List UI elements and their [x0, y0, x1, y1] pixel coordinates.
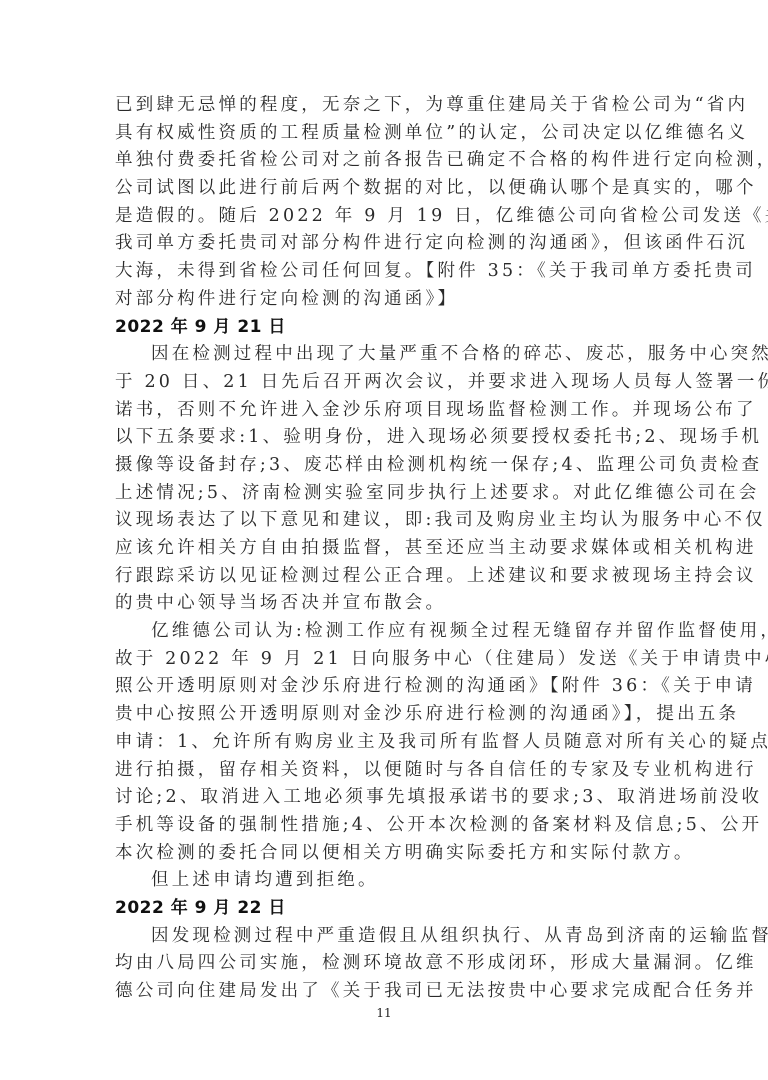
text-line: 应该允许相关方自由拍摄监督，甚至还应当主动要求媒体或相关机构进: [115, 535, 657, 563]
date-heading: 2022 年 9 月 21 日: [115, 314, 657, 342]
text-line: 本次检测的委托合同以便相关方明确实际委托方和实际付款方。: [115, 840, 657, 868]
text-line: 上述情况;5、济南检测实验室同步执行上述要求。对此亿维德公司在会: [115, 480, 657, 508]
text-line: 贵中心按照公开透明原则对金沙乐府进行检测的沟通函》】，提出五条: [115, 701, 657, 729]
text-line: 已到肆无忌惮的程度，无奈之下，为尊重住建局关于省检公司为“省内: [115, 92, 657, 120]
text-line: 讨论;2、取消进入工地必须事先填报承诺书的要求;3、取消进场前没收: [115, 784, 657, 812]
text-line: 公司试图以此进行前后两个数据的对比，以便确认哪个是真实的，哪个: [115, 175, 657, 203]
document-page: 已到肆无忌惮的程度，无奈之下，为尊重住建局关于省检公司为“省内 具有权威性资质的…: [0, 0, 768, 1080]
text-line: 是造假的。随后 2022 年 9 月 19 日，亿维德公司向省检公司发送《关于: [115, 203, 657, 231]
text-line: 亿维德公司认为:检测工作应有视频全过程无缝留存并留作监督使用，: [115, 618, 657, 646]
text-line: 对部分构件进行定向检测的沟通函》】: [115, 286, 657, 314]
text-line: 德公司向住建局发出了《关于我司已无法按贵中心要求完成配合任务并: [115, 978, 657, 1006]
text-line: 以下五条要求:1、验明身份，进入现场必须要授权委托书;2、现场手机: [115, 424, 657, 452]
text-line: 大海，未得到省检公司任何回复。【附件 35：《关于我司单方委托贵司: [115, 258, 657, 286]
text-line: 进行拍摄，留存相关资料，以便随时与各自信任的专家及专业机构进行: [115, 757, 657, 785]
text-line: 单独付费委托省检公司对之前各报告已确定不合格的构件进行定向检测，: [115, 147, 657, 175]
text-line: 均由八局四公司实施，检测环境故意不形成闭环，形成大量漏洞。亿维: [115, 950, 657, 978]
text-line: 因在检测过程中出现了大量严重不合格的碎芯、废芯，服务中心突然: [115, 341, 657, 369]
text-line: 摄像等设备封存;3、废芯样由检测机构统一保存;4、监理公司负责检查: [115, 452, 657, 480]
text-line: 手机等设备的强制性措施;4、公开本次检测的备案材料及信息;5、公开: [115, 812, 657, 840]
paragraph: 亿维德公司认为:检测工作应有视频全过程无缝留存并留作监督使用， 故于 2022 …: [115, 618, 657, 867]
text-line: 但上述申请均遭到拒绝。: [115, 867, 657, 895]
text-line: 故于 2022 年 9 月 21 日向服务中心（住建局）发送《关于申请贵中心按: [115, 646, 657, 674]
text-line: 因发现检测过程中严重造假且从组织执行、从青岛到济南的运输监督: [115, 923, 657, 951]
paragraph-continued: 已到肆无忌惮的程度，无奈之下，为尊重住建局关于省检公司为“省内 具有权威性资质的…: [115, 92, 657, 314]
document-body: 已到肆无忌惮的程度，无奈之下，为尊重住建局关于省检公司为“省内 具有权威性资质的…: [115, 92, 657, 1006]
text-line: 的贵中心领导当场否决并宣布散会。: [115, 590, 657, 618]
text-line: 议现场表达了以下意见和建议，即:我司及购房业主均认为服务中心不仅: [115, 507, 657, 535]
text-line: 照公开透明原则对金沙乐府进行检测的沟通函》【附件 36：《关于申请: [115, 673, 657, 701]
text-line: 诺书，否则不允许进入金沙乐府项目现场监督检测工作。并现场公布了: [115, 397, 657, 425]
text-line: 于 20 日、21 日先后召开两次会议，并要求进入现场人员每人签署一份承: [115, 369, 657, 397]
text-line: 行跟踪采访以见证检测过程公正合理。上述建议和要求被现场主持会议: [115, 563, 657, 591]
paragraph: 因发现检测过程中严重造假且从组织执行、从青岛到济南的运输监督 均由八局四公司实施…: [115, 923, 657, 1006]
text-line: 我司单方委托贵司对部分构件进行定向检测的沟通函》，但该函件石沉: [115, 230, 657, 258]
text-line: 申请：1、允许所有购房业主及我司所有监督人员随意对所有关心的疑点: [115, 729, 657, 757]
paragraph: 因在检测过程中出现了大量严重不合格的碎芯、废芯，服务中心突然 于 20 日、21…: [115, 341, 657, 618]
page-number: 11: [0, 1006, 768, 1020]
date-heading: 2022 年 9 月 22 日: [115, 895, 657, 923]
text-line: 具有权威性资质的工程质量检测单位”的认定，公司决定以亿维德名义: [115, 120, 657, 148]
paragraph: 但上述申请均遭到拒绝。: [115, 867, 657, 895]
